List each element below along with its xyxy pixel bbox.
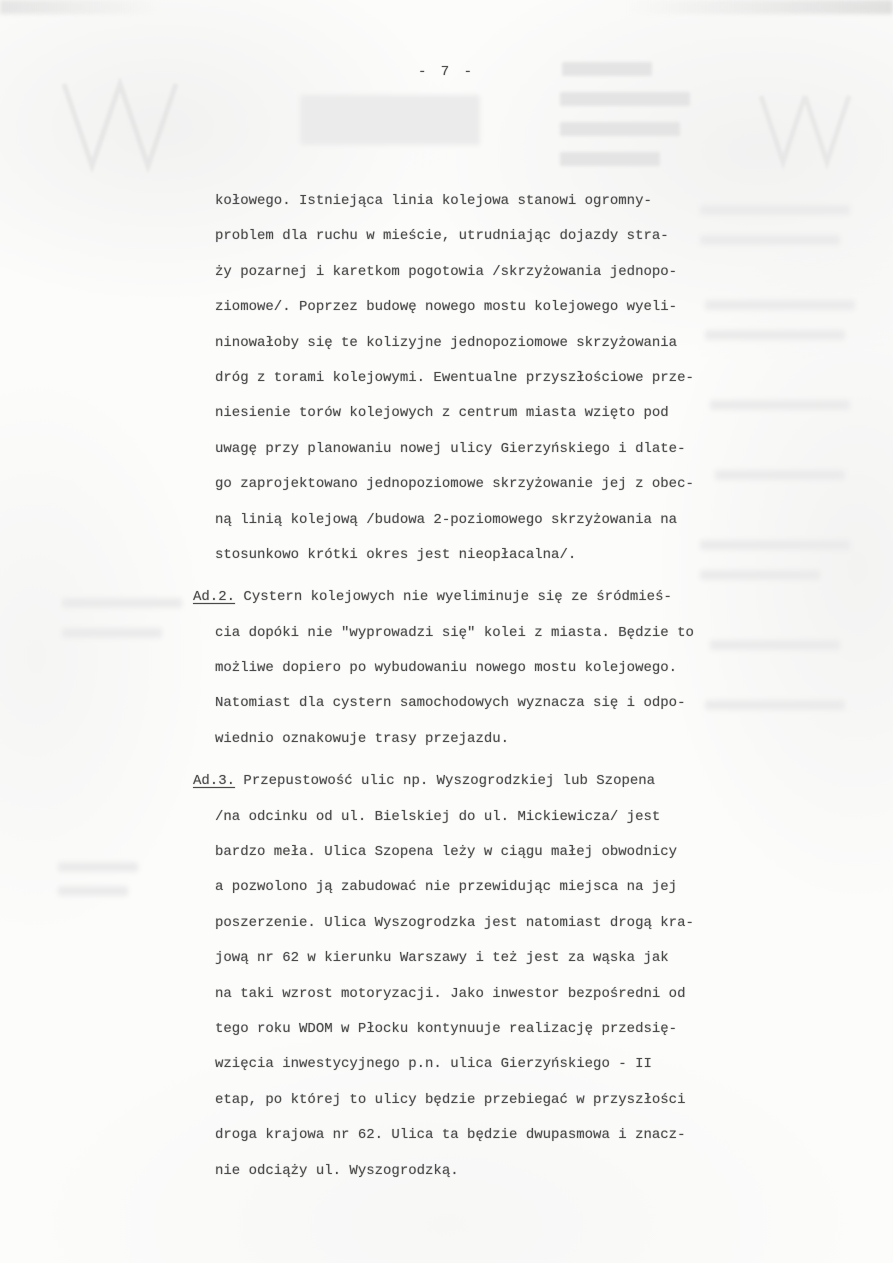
text-line: niesienie torów kolejowych z centrum mia… <box>193 396 733 431</box>
text-line: problem dla ruchu w mieście, utrudniając… <box>193 219 733 254</box>
paragraph: kołowego. Istniejąca linia kolejowa stan… <box>193 184 733 573</box>
paragraph: Ad.3. Przepustowość ulic np. Wyszogrodzk… <box>193 764 733 1189</box>
text-line: dróg z torami kolejowymi. Ewentualne prz… <box>193 361 733 396</box>
ad-label: Ad.2. <box>193 589 235 605</box>
bleedthrough-mark <box>560 122 680 136</box>
text-line: jową nr 62 w kierunku Warszawy i też jes… <box>193 941 733 976</box>
text-line: ną linią kolejową /budowa 2-poziomowego … <box>193 503 733 538</box>
scan-edge-smudge <box>0 0 893 14</box>
text-line: Natomiast dla cystern samochodowych wyzn… <box>193 686 733 721</box>
bleedthrough-mark <box>560 92 690 106</box>
text-line: droga krajowa nr 62. Ulica ta będzie dwu… <box>193 1118 733 1153</box>
bleedthrough-mark <box>715 470 845 480</box>
text-line: poszerzenie. Ulica Wyszogrodzka jest nat… <box>193 906 733 941</box>
text-line: ninowałoby się te kolizyjne jednopoziomo… <box>193 326 733 361</box>
text-line: stosunkowo krótki okres jest nieopłacaln… <box>193 538 733 573</box>
bleedthrough-logo-left <box>58 78 218 173</box>
text-line: go zaprojektowano jednopoziomowe skrzyżo… <box>193 467 733 502</box>
scanned-document-page: - 7 - kołowego. Istniejąca linia kolejow… <box>0 0 893 1263</box>
text-line: cia dopóki nie "wyprowadzi się" kolei z … <box>193 616 733 651</box>
text-line: możliwe dopiero po wybudowaniu nowego mo… <box>193 651 733 686</box>
bleedthrough-mark <box>560 152 660 166</box>
text-line: /na odcinku od ul. Bielskiej do ul. Mick… <box>193 800 733 835</box>
text-line: uwagę przy planowaniu nowej ulicy Gierzy… <box>193 432 733 467</box>
page-number: - 7 - <box>0 64 893 80</box>
text-line: etap, po której to ulicy będzie przebieg… <box>193 1083 733 1118</box>
bleedthrough-mark <box>62 598 182 608</box>
bleedthrough-mark <box>62 628 162 638</box>
text-line: a pozwolono ją zabudować nie przewidując… <box>193 870 733 905</box>
text-block: kołowego. Istniejąca linia kolejowa stan… <box>193 184 733 1196</box>
text-line: ziomowe/. Poprzez budowę nowego mostu ko… <box>193 290 733 325</box>
text-line: tego roku WDOM w Płocku kontynuuje reali… <box>193 1012 733 1047</box>
text-line: na taki wzrost motoryzacji. Jako inwesto… <box>193 977 733 1012</box>
text-line: bardzo meła. Ulica Szopena leży w ciągu … <box>193 835 733 870</box>
ad-label: Ad.3. <box>193 773 235 789</box>
bleedthrough-mark <box>300 95 480 145</box>
text-line: kołowego. Istniejąca linia kolejowa stan… <box>193 184 733 219</box>
text-line: wzięcia inwestycyjnego p.n. ulica Gierzy… <box>193 1047 733 1082</box>
text-line: nie odciąży ul. Wyszogrodzką. <box>193 1154 733 1189</box>
paragraph: Ad.2. Cystern kolejowych nie wyeliminuje… <box>193 580 733 757</box>
text-line: wiednio oznakowuje trasy przejazdu. <box>193 722 733 757</box>
text-line: ży pozarnej i karetkom pogotowia /skrzyż… <box>193 255 733 290</box>
bleedthrough-mark <box>58 862 138 872</box>
text-line: Ad.3. Przepustowość ulic np. Wyszogrodzk… <box>193 764 733 799</box>
bleedthrough-logo-right <box>755 90 865 170</box>
text-line: Ad.2. Cystern kolejowych nie wyeliminuje… <box>193 580 733 615</box>
bleedthrough-mark <box>58 886 128 896</box>
